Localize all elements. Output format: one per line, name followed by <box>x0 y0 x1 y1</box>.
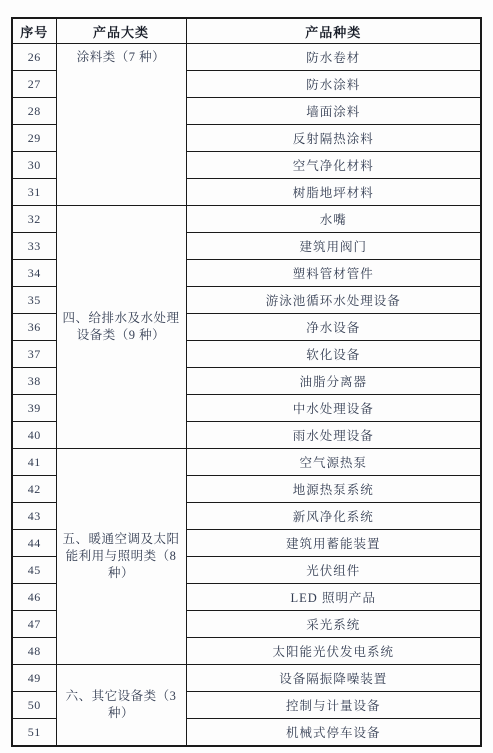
row-number-cell: 35 <box>12 287 56 314</box>
product-type-cell: 建筑用蓄能装置 <box>186 530 481 557</box>
product-type-cell: 太阳能光伏发电系统 <box>186 638 481 665</box>
row-number-cell: 48 <box>12 638 56 665</box>
row-number-cell: 44 <box>12 530 56 557</box>
row-number-cell: 27 <box>12 71 56 98</box>
row-number-cell: 34 <box>12 260 56 287</box>
product-type-cell: 游泳池循环水处理设备 <box>186 287 481 314</box>
product-type-cell: 地源热泵系统 <box>186 476 481 503</box>
product-type-cell: 控制与计量设备 <box>186 692 481 719</box>
category-cell: 五、暖通空调及太阳能利用与照明类（8 种） <box>56 449 186 665</box>
row-number-cell: 43 <box>12 503 56 530</box>
row-number-cell: 46 <box>12 584 56 611</box>
row-number-cell: 26 <box>12 44 56 71</box>
row-number-cell: 36 <box>12 314 56 341</box>
header-cell-type: 产品种类 <box>186 18 481 44</box>
table-header: 序号 产品大类 产品种类 <box>12 18 481 44</box>
row-number-cell: 45 <box>12 557 56 584</box>
product-type-cell: 净水设备 <box>186 314 481 341</box>
product-type-cell: 设备隔振降噪装置 <box>186 665 481 692</box>
product-type-cell: 机械式停车设备 <box>186 719 481 747</box>
product-type-cell: 中水处理设备 <box>186 395 481 422</box>
product-type-cell: 雨水处理设备 <box>186 422 481 449</box>
product-type-cell: 墙面涂料 <box>186 98 481 125</box>
product-type-cell: 采光系统 <box>186 611 481 638</box>
row-number-cell: 31 <box>12 179 56 206</box>
product-type-cell: 软化设备 <box>186 341 481 368</box>
row-number-cell: 42 <box>12 476 56 503</box>
table-row: 41五、暖通空调及太阳能利用与照明类（8 种）空气源热泵 <box>12 449 481 476</box>
product-type-cell: 反射隔热涂料 <box>186 125 481 152</box>
row-number-cell: 49 <box>12 665 56 692</box>
product-type-cell: 新风净化系统 <box>186 503 481 530</box>
category-cell: 六、其它设备类（3 种） <box>56 665 186 747</box>
category-cell: 四、给排水及水处理设备类（9 种） <box>56 206 186 449</box>
table-row: 32四、给排水及水处理设备类（9 种）水嘴 <box>12 206 481 233</box>
row-number-cell: 32 <box>12 206 56 233</box>
row-number-cell: 39 <box>12 395 56 422</box>
product-type-cell: 水嘴 <box>186 206 481 233</box>
product-type-cell: 塑料管材管件 <box>186 260 481 287</box>
product-type-cell: 光伏组件 <box>186 557 481 584</box>
product-type-cell: LED 照明产品 <box>186 584 481 611</box>
row-number-cell: 29 <box>12 125 56 152</box>
product-type-cell: 空气净化材料 <box>186 152 481 179</box>
table-row: 49六、其它设备类（3 种）设备隔振降噪装置 <box>12 665 481 692</box>
header-row: 序号 产品大类 产品种类 <box>12 18 481 44</box>
table-body: 26涂料类（7 种）防水卷材27防水涂料28墙面涂料29反射隔热涂料30空气净化… <box>12 44 481 747</box>
row-number-cell: 40 <box>12 422 56 449</box>
row-number-cell: 47 <box>12 611 56 638</box>
row-number-cell: 30 <box>12 152 56 179</box>
header-cell-serial: 序号 <box>12 18 56 44</box>
category-cell: 涂料类（7 种） <box>56 44 186 206</box>
product-type-cell: 建筑用阀门 <box>186 233 481 260</box>
header-cell-category: 产品大类 <box>56 18 186 44</box>
document-page: 序号 产品大类 产品种类 26涂料类（7 种）防水卷材27防水涂料28墙面涂料2… <box>0 0 493 753</box>
table-row: 26涂料类（7 种）防水卷材 <box>12 44 481 71</box>
row-number-cell: 50 <box>12 692 56 719</box>
product-category-table: 序号 产品大类 产品种类 26涂料类（7 种）防水卷材27防水涂料28墙面涂料2… <box>11 17 482 747</box>
product-type-cell: 油脂分离器 <box>186 368 481 395</box>
product-type-cell: 防水卷材 <box>186 44 481 71</box>
row-number-cell: 28 <box>12 98 56 125</box>
row-number-cell: 51 <box>12 719 56 747</box>
row-number-cell: 38 <box>12 368 56 395</box>
row-number-cell: 37 <box>12 341 56 368</box>
row-number-cell: 33 <box>12 233 56 260</box>
row-number-cell: 41 <box>12 449 56 476</box>
product-type-cell: 树脂地坪材料 <box>186 179 481 206</box>
product-type-cell: 空气源热泵 <box>186 449 481 476</box>
product-type-cell: 防水涂料 <box>186 71 481 98</box>
